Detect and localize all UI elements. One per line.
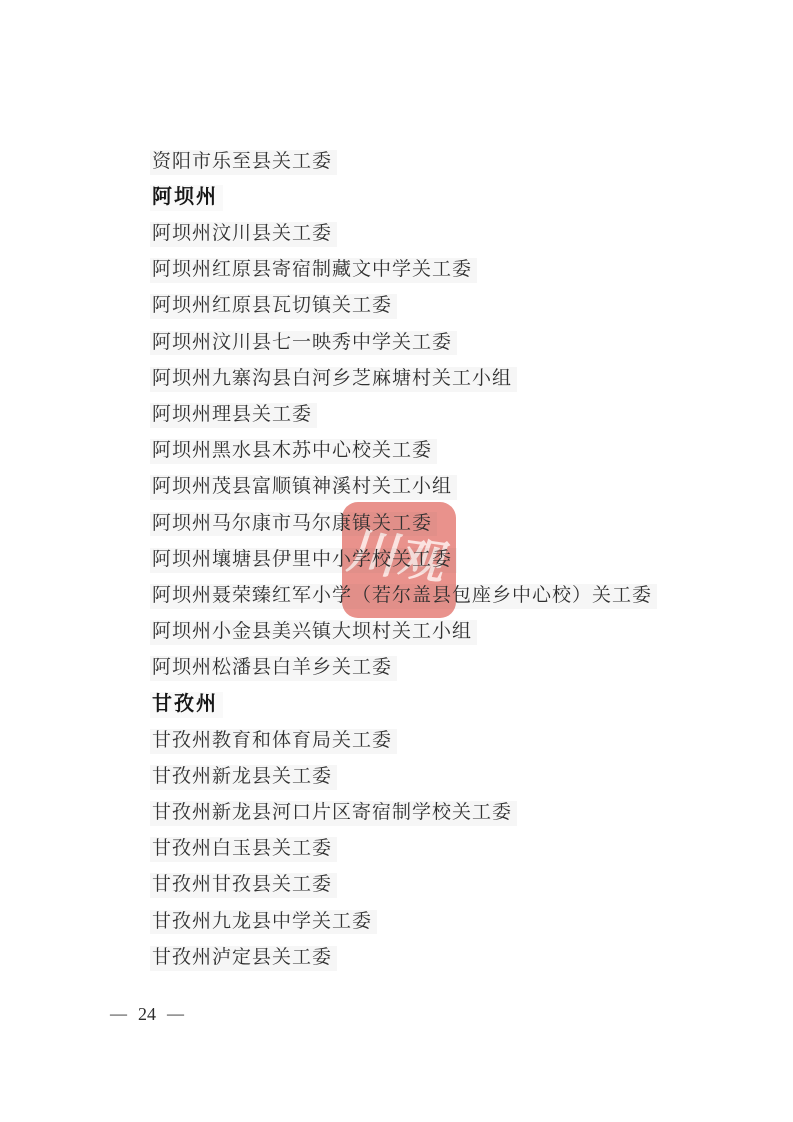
section-header-text: 阿坝州 — [150, 185, 223, 211]
section-header-text: 甘孜州 — [150, 692, 223, 718]
list-item-text: 阿坝州红原县瓦切镇关工委 — [150, 294, 397, 319]
section-header: 甘孜州 — [150, 687, 657, 723]
page-number: 24 — [138, 1004, 156, 1025]
list-item-text: 阿坝州汶川县关工委 — [150, 222, 337, 247]
list-item: 阿坝州理县关工委 — [150, 397, 657, 433]
list-item: 甘孜州新龙县关工委 — [150, 759, 657, 795]
list-item: 阿坝州红原县寄宿制藏文中学关工委 — [150, 253, 657, 289]
list-item: 阿坝州马尔康市马尔康镇关工委 — [150, 506, 657, 542]
list-item: 阿坝州汶川县关工委 — [150, 216, 657, 252]
list-item-text: 阿坝州壤塘县伊里中小学校关工委 — [150, 548, 457, 573]
list-item-text: 阿坝州聂荣臻红军小学（若尔盖县包座乡中心校）关工委 — [150, 584, 657, 609]
footer-dash-right: — — [167, 1004, 184, 1024]
list-item: 甘孜州泸定县关工委 — [150, 940, 657, 976]
list-item-text: 甘孜州新龙县关工委 — [150, 765, 337, 790]
list-item: 阿坝州黑水县木苏中心校关工委 — [150, 434, 657, 470]
list-item-text: 阿坝州小金县美兴镇大坝村关工小组 — [150, 620, 477, 645]
list-item-text: 甘孜州甘孜县关工委 — [150, 873, 337, 898]
list-item-text: 甘孜州九龙县中学关工委 — [150, 910, 377, 935]
list-item-text: 阿坝州汶川县七一映秀中学关工委 — [150, 331, 457, 356]
document-page: 川 观 资阳市乐至县关工委 阿坝州 阿坝州汶川县关工委 阿坝州红原县寄宿制藏文中… — [0, 0, 793, 1122]
list-item: 甘孜州甘孜县关工委 — [150, 868, 657, 904]
footer-dash-left: — — [110, 1004, 127, 1024]
list-item-text: 阿坝州红原县寄宿制藏文中学关工委 — [150, 258, 477, 283]
list-item: 阿坝州汶川县七一映秀中学关工委 — [150, 325, 657, 361]
list-item: 甘孜州新龙县河口片区寄宿制学校关工委 — [150, 795, 657, 831]
list-item-text: 阿坝州九寨沟县白河乡芝麻塘村关工小组 — [150, 367, 517, 392]
section-header: 阿坝州 — [150, 180, 657, 216]
list-item-text: 甘孜州新龙县河口片区寄宿制学校关工委 — [150, 801, 517, 826]
document-body: 资阳市乐至县关工委 阿坝州 阿坝州汶川县关工委 阿坝州红原县寄宿制藏文中学关工委… — [150, 144, 657, 976]
list-item-text: 阿坝州黑水县木苏中心校关工委 — [150, 439, 437, 464]
list-item-text: 甘孜州泸定县关工委 — [150, 946, 337, 971]
list-item: 阿坝州壤塘县伊里中小学校关工委 — [150, 542, 657, 578]
list-item: 甘孜州九龙县中学关工委 — [150, 904, 657, 940]
list-item: 甘孜州白玉县关工委 — [150, 832, 657, 868]
list-item: 阿坝州茂县富顺镇神溪村关工小组 — [150, 470, 657, 506]
list-item-text: 阿坝州茂县富顺镇神溪村关工小组 — [150, 475, 457, 500]
list-item: 资阳市乐至县关工委 — [150, 144, 657, 180]
list-item-text: 阿坝州松潘县白羊乡关工委 — [150, 656, 397, 681]
list-item: 阿坝州聂荣臻红军小学（若尔盖县包座乡中心校）关工委 — [150, 578, 657, 614]
list-item: 阿坝州红原县瓦切镇关工委 — [150, 289, 657, 325]
list-item-text: 甘孜州白玉县关工委 — [150, 837, 337, 862]
list-item-text: 阿坝州马尔康市马尔康镇关工委 — [150, 512, 437, 537]
list-item-text: 阿坝州理县关工委 — [150, 403, 317, 428]
list-item-text: 甘孜州教育和体育局关工委 — [150, 729, 397, 754]
list-item: 阿坝州九寨沟县白河乡芝麻塘村关工小组 — [150, 361, 657, 397]
list-item: 阿坝州松潘县白羊乡关工委 — [150, 651, 657, 687]
page-footer: — 24 — — [110, 1004, 184, 1025]
list-item: 阿坝州小金县美兴镇大坝村关工小组 — [150, 614, 657, 650]
list-item: 甘孜州教育和体育局关工委 — [150, 723, 657, 759]
list-item-text: 资阳市乐至县关工委 — [150, 150, 337, 175]
